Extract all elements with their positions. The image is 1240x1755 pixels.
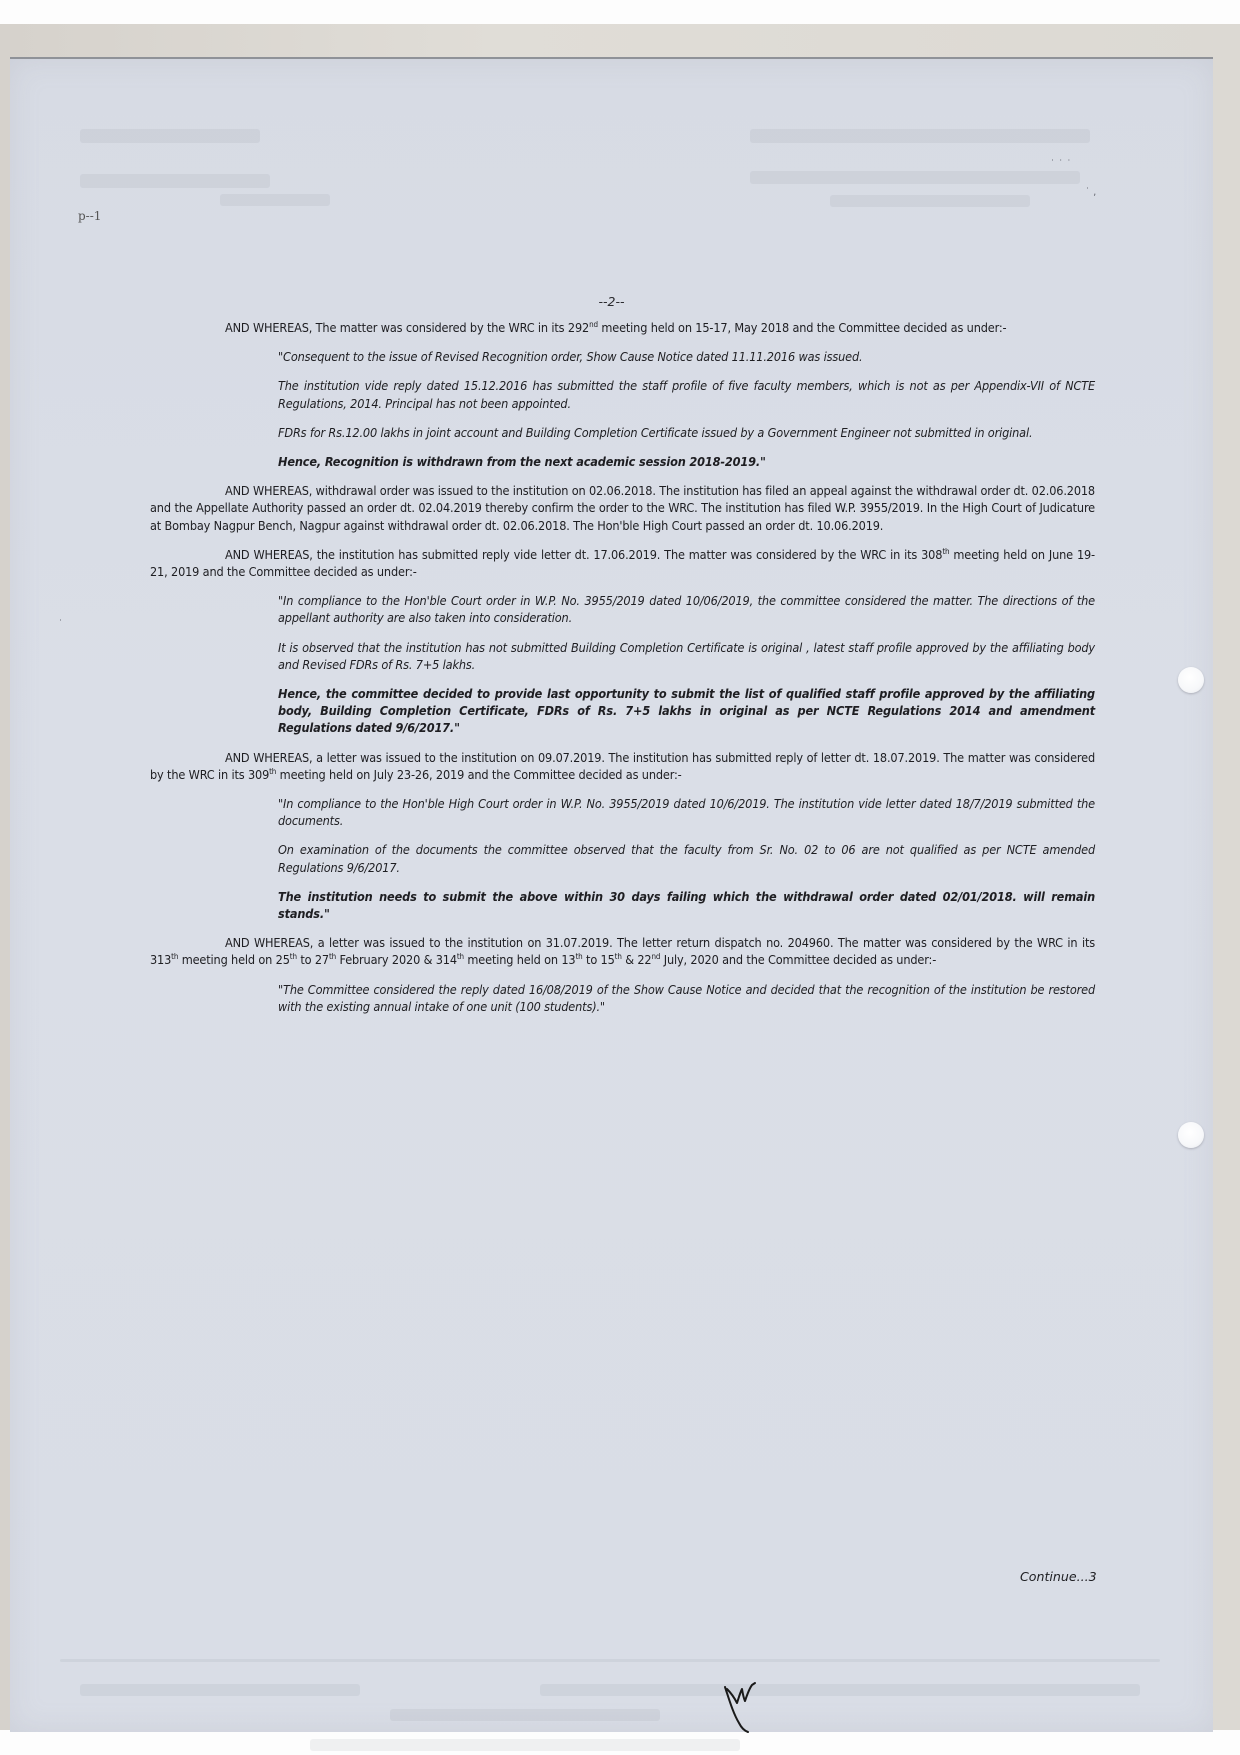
show-through-mark [80,1684,360,1696]
punch-hole-icon [1178,1122,1204,1148]
committee-decision: Hence, the committee decided to provide … [278,685,1095,737]
whereas-paragraph: AND WHEREAS, withdrawal order was issued… [150,482,1095,534]
ordinal-suffix: th [457,952,464,961]
ordinal-suffix: nd [589,320,598,329]
committee-quote: On examination of the documents the comm… [278,841,1095,875]
punch-hole-icon [1178,667,1204,693]
corner-mark: p--1 [78,209,101,223]
show-through-mark [60,1659,1160,1662]
committee-decision: The institution needs to submit the abov… [278,888,1095,922]
show-through-mark [750,171,1080,184]
committee-quote: "The Committee considered the reply date… [278,981,1095,1015]
show-through-mark [390,1709,660,1721]
page-number: --2-- [10,294,1213,309]
speck: ˙ , [1085,187,1096,198]
show-through-mark [540,1684,1140,1696]
ordinal-suffix: th [290,952,297,961]
paragraph-text: meeting held on July 23-26, 2019 and the… [276,767,681,782]
show-through-mark [220,194,330,206]
show-through-mark [80,174,270,188]
show-through-mark [310,1739,740,1751]
paragraph-text: & 22 [622,952,652,967]
show-through-mark [750,129,1090,143]
speck: ˙ [58,619,63,630]
ordinal-suffix: th [575,952,582,961]
paragraph-text: to 27 [297,952,329,967]
committee-quote: The institution vide reply dated 15.12.2… [278,377,1095,411]
committee-decision: Hence, Recognition is withdrawn from the… [278,453,1095,470]
paragraph-text: February 2020 & 314 [336,952,457,967]
paragraph-text: meeting held on 15-17, May 2018 and the … [598,320,1007,335]
paragraph-text: AND WHEREAS, The matter was considered b… [225,320,589,335]
paragraph-text: meeting held on 25 [178,952,290,967]
ordinal-suffix: nd [651,952,660,961]
speck: ˙ ˙ ˙ [1050,159,1071,170]
paragraph-text: AND WHEREAS, the institution has submitt… [225,547,942,562]
whereas-paragraph: AND WHEREAS, The matter was considered b… [150,319,1095,336]
show-through-mark [830,195,1030,207]
whereas-paragraph: AND WHEREAS, a letter was issued to the … [150,749,1095,783]
document-body: AND WHEREAS, The matter was considered b… [150,319,1095,1027]
show-through-mark [80,129,260,143]
document-page: p--1 ˙ ˙ ˙ ˙ , ˙ --2-- AND WHEREAS, The … [10,57,1213,1732]
continue-label: Continue...3 [1020,1569,1097,1584]
ordinal-suffix: th [615,952,622,961]
signature-icon [715,1669,785,1739]
paragraph-text: to 15 [583,952,615,967]
committee-quote: FDRs for Rs.12.00 lakhs in joint account… [278,424,1095,441]
paragraph-text: AND WHEREAS, withdrawal order was issued… [150,483,1095,532]
ordinal-suffix: th [329,952,336,961]
whereas-paragraph: AND WHEREAS, a letter was issued to the … [150,934,1095,968]
committee-quote: It is observed that the institution has … [278,639,1095,673]
whereas-paragraph: AND WHEREAS, the institution has submitt… [150,546,1095,580]
committee-quote: "Consequent to the issue of Revised Reco… [278,348,1095,365]
paragraph-text: July, 2020 and the Committee decided as … [660,952,936,967]
committee-quote: "In compliance to the Hon'ble High Court… [278,795,1095,829]
committee-quote: "In compliance to the Hon'ble Court orde… [278,592,1095,626]
paragraph-text: meeting held on 13 [464,952,576,967]
